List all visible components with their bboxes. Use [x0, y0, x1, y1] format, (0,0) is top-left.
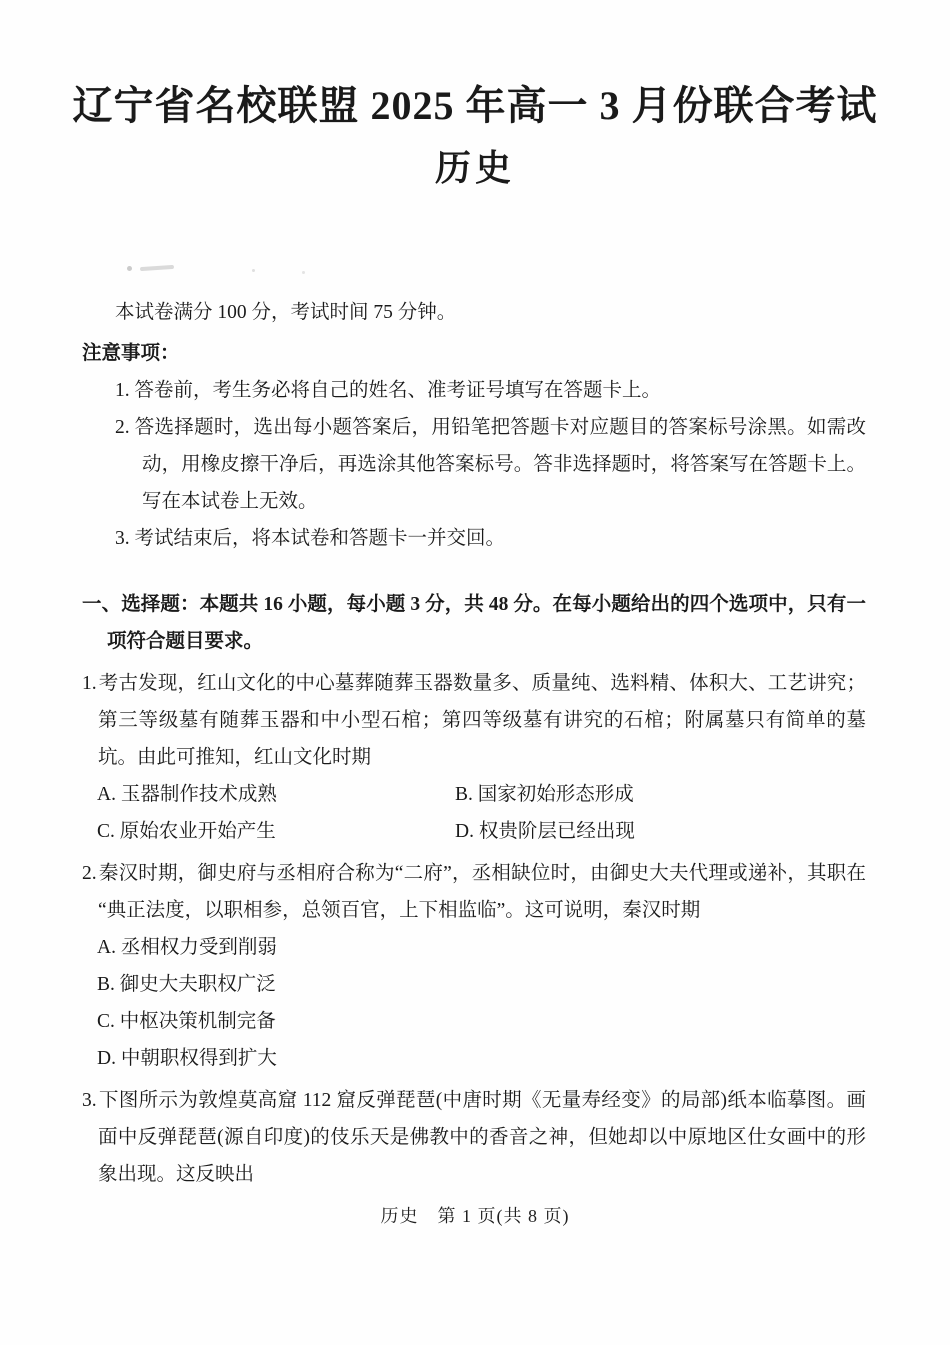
- question-2-option-d: D. 中朝职权得到扩大: [97, 1040, 866, 1077]
- notice-item-3: 3. 考试结束后，将本试卷和答题卡一并交回。: [115, 520, 866, 557]
- question-3-text: 下图所示为敦煌莫高窟 112 窟反弹琵琶(中唐时期《无量寿经变》的局部)纸本临摹…: [98, 1090, 866, 1185]
- page-title: 辽宁省名校联盟 2025 年高一 3 月份联合考试: [0, 82, 950, 130]
- question-1-option-a: A. 玉器制作技术成熟: [97, 776, 455, 813]
- question-1-options: A. 玉器制作技术成熟 B. 国家初始形态形成 C. 原始农业开始产生 D. 权…: [97, 776, 866, 850]
- question-3: 3.下图所示为敦煌莫高窟 112 窟反弹琵琶(中唐时期《无量寿经变》的局部)纸本…: [0, 1082, 950, 1193]
- scan-smudge-dot: [252, 269, 255, 272]
- scan-smudge-streak: [140, 265, 174, 271]
- exam-info: 本试卷满分 100 分，考试时间 75 分钟。: [115, 294, 866, 331]
- question-3-stem: 3.下图所示为敦煌莫高窟 112 窟反弹琵琶(中唐时期《无量寿经变》的局部)纸本…: [82, 1082, 866, 1193]
- question-1-option-c: C. 原始农业开始产生: [97, 813, 455, 850]
- question-3-number: 3.: [82, 1090, 97, 1111]
- notice-item-2: 2. 答选择题时，选出每小题答案后，用铅笔把答题卡对应题目的答案标号涂黑。如需改…: [115, 409, 866, 520]
- question-1-option-d: D. 权贵阶层已经出现: [455, 813, 866, 850]
- question-2-option-a: A. 丞相权力受到削弱: [97, 929, 866, 966]
- scan-smudge-dot: [302, 271, 305, 274]
- question-2-option-c: C. 中枢决策机制完备: [97, 1003, 866, 1040]
- question-2-options: A. 丞相权力受到削弱 B. 御史大夫职权广泛 C. 中枢决策机制完备 D. 中…: [97, 929, 866, 1077]
- section-heading: 一、选择题：本题共 16 小题，每小题 3 分，共 48 分。在每小题给出的四个…: [82, 586, 866, 660]
- question-2-text: 秦汉时期，御史府与丞相府合称为“二府”，丞相缺位时，由御史大夫代理或递补，其职在…: [98, 863, 866, 921]
- page-footer: 历史 第 1 页(共 8 页): [0, 1203, 950, 1229]
- question-1: 1.考古发现，红山文化的中心墓葬随葬玉器数量多、质量纯、选料精、体积大、工艺讲究…: [0, 665, 950, 850]
- notice-heading: 注意事项：: [82, 335, 866, 372]
- question-2-option-b: B. 御史大夫职权广泛: [97, 966, 866, 1003]
- scan-smudge-dot: [127, 266, 132, 271]
- question-1-number: 1.: [82, 673, 97, 694]
- notice-item-1: 1. 答卷前，考生务必将自己的姓名、准考证号填写在答题卡上。: [115, 372, 866, 409]
- page-subtitle: 历史: [0, 146, 950, 190]
- question-1-stem: 1.考古发现，红山文化的中心墓葬随葬玉器数量多、质量纯、选料精、体积大、工艺讲究…: [82, 665, 866, 776]
- question-2-stem: 2.秦汉时期，御史府与丞相府合称为“二府”，丞相缺位时，由御史大夫代理或递补，其…: [82, 855, 866, 929]
- question-1-option-b: B. 国家初始形态形成: [455, 776, 866, 813]
- question-1-text: 考古发现，红山文化的中心墓葬随葬玉器数量多、质量纯、选料精、体积大、工艺讲究；第…: [98, 673, 866, 768]
- question-2: 2.秦汉时期，御史府与丞相府合称为“二府”，丞相缺位时，由御史大夫代理或递补，其…: [0, 855, 950, 1077]
- question-2-number: 2.: [82, 863, 97, 884]
- exam-paper-page: 辽宁省名校联盟 2025 年高一 3 月份联合考试 历史 本试卷满分 100 分…: [0, 0, 950, 1345]
